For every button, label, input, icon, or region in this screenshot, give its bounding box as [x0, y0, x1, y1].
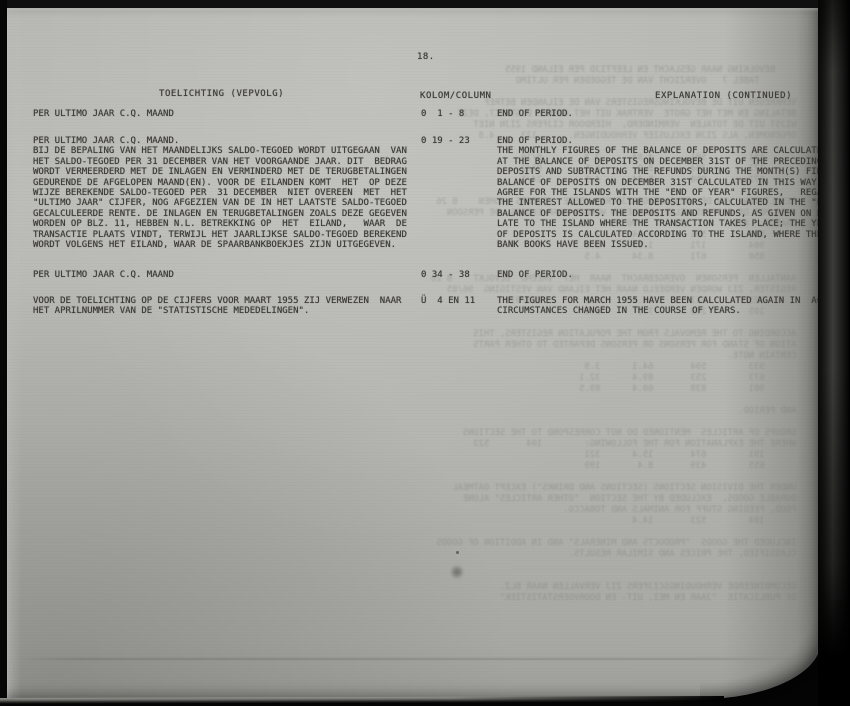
header-toelichting: TOELICHTING (VEPVOLG): [159, 89, 284, 99]
column-range: 0 19 - 23: [421, 136, 470, 146]
header-explanation: EXPLANATION (CONTINUED): [655, 91, 792, 101]
header-kolom-column: KOLOM/COLUMN: [420, 91, 492, 101]
english-text: THE FIGURES FOR MARCH 1955 HAVE BEEN CAL…: [497, 296, 821, 317]
book-page: BEVOLKING NAAR GESLACHT EN LEEFTIJD PER …: [7, 8, 821, 699]
dutch-text: PER ULTIMO JAAR C.Q. MAAND: [33, 270, 174, 280]
dutch-text: PER ULTIMO JAAR C.Q. MAAND: [33, 109, 174, 119]
book-fore-edge: [818, 0, 850, 706]
page-number: 18.: [417, 52, 435, 62]
column-range: 0 34 - 38: [421, 270, 470, 280]
english-text: END OF PERIOD.: [497, 109, 573, 119]
ink-speck: [456, 551, 459, 554]
ink-smudge: [450, 565, 464, 579]
scanned-book-photo: BEVOLKING NAAR GESLACHT EN LEEFTIJD PER …: [0, 0, 850, 706]
column-range: Ü 4 EN 11: [421, 296, 475, 306]
english-text: END OF PERIOD. THE MONTHLY FIGURES OF TH…: [497, 136, 821, 250]
page-crease-line: [17, 658, 807, 660]
english-text: END OF PERIOD.: [497, 270, 573, 280]
column-range: 0 1 - 8: [421, 109, 464, 119]
dutch-text: VOOR DE TOELICHTING OP DE CIJFERS VOOR M…: [33, 296, 401, 317]
dutch-text: PER ULTIMO JAAR C.Q. MAAND. BIJ DE BEPAL…: [33, 136, 407, 250]
stacked-pages-edge: [0, 696, 724, 704]
